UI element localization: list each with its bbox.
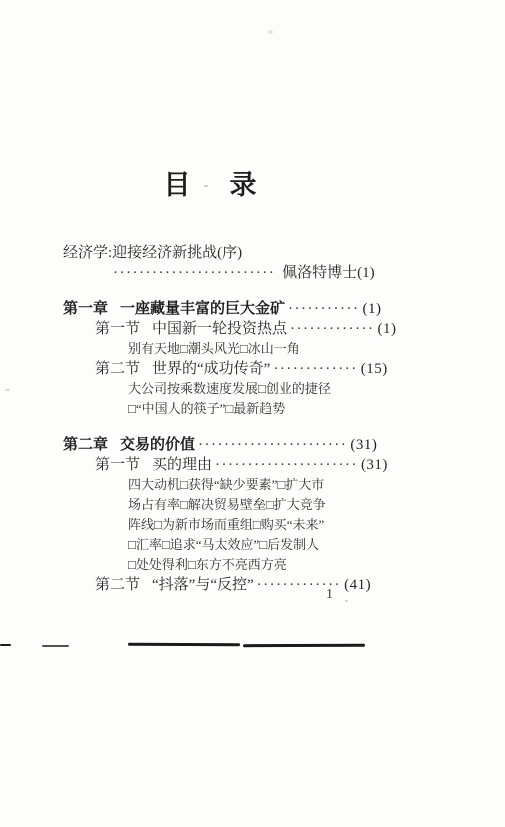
entry-page-number: (1): [377, 321, 396, 337]
entry-title: “抖落”与“反控”: [152, 577, 254, 593]
scan-speck: [345, 600, 348, 602]
scan-artifact-line: [42, 645, 69, 647]
toc-entry-section-2-2: 第二节“抖落”与“反控”·············(41): [63, 575, 363, 595]
toc-entry-chapter-1: 第一章一座藏量丰富的巨大金矿···········(1): [63, 299, 363, 319]
entry-label: 第一节: [95, 321, 140, 337]
toc-entry-section-1-1: 第一节中国新一轮投资热点·············(1): [63, 319, 363, 339]
entry-title: 世界的“成功传奇”: [152, 361, 270, 377]
entry-page-number: (15): [361, 361, 388, 377]
toc-entry-keywords: 场占有率□解决贸易壁垒□扩大竞争: [63, 495, 363, 515]
keywords-text: 四大动机□获得“缺少要素”□扩大市: [128, 477, 324, 492]
dot-leader: ·························: [113, 265, 275, 281]
dot-leader: ···········: [288, 301, 359, 317]
keywords-text: 别有天地□潮头风光□冰山一角: [128, 341, 300, 356]
keywords-text: 阵线□为新市场而重组□购买“未来”: [128, 517, 324, 532]
preface-leader-line: ························· 佩洛特博士(1): [63, 263, 363, 283]
entry-page-number: (41): [344, 577, 371, 593]
scan-artifact-line: [128, 643, 240, 647]
toc-entry-section-1-2: 第二节世界的“成功传奇”·············(15): [63, 359, 363, 379]
entry-label: 第一节: [95, 457, 140, 473]
entry-title: 中国新一轮投资热点: [152, 321, 287, 337]
preface-entry: 经济学:迎接经济新挑战(序): [63, 243, 363, 263]
entry-label: 第一章: [63, 301, 108, 317]
toc-entry-keywords: □汇率□追求“马太效应”□后发制人: [63, 535, 363, 555]
toc-entry-section-2-1: 第一节买的理由······················(31): [63, 455, 363, 475]
entry-page-number: (31): [361, 457, 388, 473]
entry-page-number: (1): [362, 301, 381, 317]
entry-page-number: (31): [350, 437, 377, 453]
preface-author: 佩洛特博士(1): [282, 265, 375, 281]
scan-artifact-line: [243, 644, 365, 647]
keywords-text: 大公司按乘数速度发展□创业的捷径: [128, 381, 331, 396]
toc-entry-keywords: 阵线□为新市场而重组□购买“未来”: [63, 515, 363, 535]
toc-entry-keywords: □“中国人的筷子”□最新趋势: [63, 399, 363, 419]
page-title: 目 录: [63, 170, 363, 200]
keywords-text: □“中国人的筷子”□最新趋势: [128, 401, 285, 416]
keywords-text: 场占有率□解决贸易壁垒□扩大竞争: [128, 497, 326, 512]
folio-page-number: 1: [326, 587, 333, 603]
keywords-text: □处处得利□东方不亮西方亮: [128, 557, 287, 572]
scan-speck: [204, 185, 208, 187]
entry-label: 第二章: [63, 437, 108, 453]
toc-entry-keywords: □处处得利□东方不亮西方亮: [63, 555, 363, 575]
dot-leader: ·············: [290, 321, 374, 337]
scan-speck: [268, 30, 273, 34]
entry-title: 一座藏量丰富的巨大金矿: [120, 301, 285, 317]
scan-speck: [5, 389, 10, 391]
dot-leader: ······················: [215, 457, 358, 473]
keywords-text: □汇率□追求“马太效应”□后发制人: [128, 537, 319, 552]
toc-entry-keywords: 别有天地□潮头风光□冰山一角: [63, 339, 363, 359]
scan-artifact-line: [0, 644, 11, 646]
entry-title: 交易的价值: [120, 437, 195, 453]
entry-label: 第二节: [95, 361, 140, 377]
scanned-book-page: 目 录 经济学:迎接经济新挑战(序) ·····················…: [0, 0, 505, 827]
entry-label: 第二节: [95, 577, 140, 593]
toc-entry-keywords: 大公司按乘数速度发展□创业的捷径: [63, 379, 363, 399]
toc-content: 目 录 经济学:迎接经济新挑战(序) ·····················…: [63, 170, 363, 595]
dot-leader: ·······················: [198, 437, 347, 453]
toc-entry-chapter-2: 第二章交易的价值·······················(31): [63, 435, 363, 455]
entry-title: 买的理由: [152, 457, 212, 473]
preface-title: 经济学:迎接经济新挑战(序): [63, 245, 242, 261]
toc-entry-keywords: 四大动机□获得“缺少要素”□扩大市: [63, 475, 363, 495]
dot-leader: ·············: [273, 361, 357, 377]
